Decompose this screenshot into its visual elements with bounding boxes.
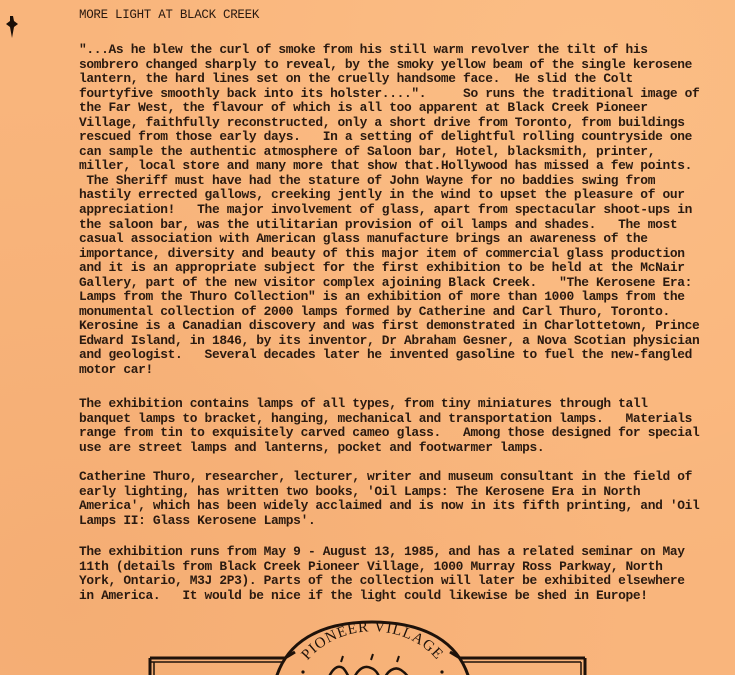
text-line: motor car! (79, 363, 699, 378)
text-line: "...As he blew the curl of smoke from hi… (79, 43, 699, 58)
text-line: in America. It would be nice if the ligh… (79, 589, 685, 604)
text-line: banquet lamps to bracket, hanging, mecha… (79, 412, 699, 427)
paragraph-intro: "...As he blew the curl of smoke from hi… (79, 43, 699, 378)
text-line: the Far West, the flavour of which is al… (79, 101, 699, 116)
text-line: The exhibition contains lamps of all typ… (79, 397, 699, 412)
text-line: Village, faithfully reconstructed, only … (79, 116, 699, 131)
text-line: the saloon bar, was the utilitarian prov… (79, 218, 699, 233)
text-line: appreciation! The major involvement of g… (79, 203, 699, 218)
text-line: early lighting, has written two books, '… (79, 485, 699, 500)
text-line: 11th (details from Black Creek Pioneer V… (79, 560, 685, 575)
text-line: and geologist. Several decades later he … (79, 348, 699, 363)
text-line: and it is an appropriate subject for the… (79, 261, 699, 276)
text-line: Kerosine is a Canadian discovery and was… (79, 319, 699, 334)
text-line: monumental collection of 2000 lamps form… (79, 305, 699, 320)
arrow-down-mark-icon (5, 15, 19, 39)
text-line: rescued from those early days. In a sett… (79, 130, 699, 145)
paragraph-exhibition-contents: The exhibition contains lamps of all typ… (79, 397, 699, 455)
text-line: Lamps II: Glass Kerosene Lamps'. (79, 514, 699, 529)
text-line: The exhibition runs from May 9 - August … (79, 545, 685, 560)
text-line: Catherine Thuro, researcher, lecturer, w… (79, 470, 699, 485)
document-page: MORE LIGHT AT BLACK CREEK "...As he blew… (0, 0, 735, 675)
text-line: York, Ontario, M3J 2P3). Parts of the co… (79, 574, 685, 589)
text-line: importance, diversity and beauty of this… (79, 247, 699, 262)
document-title: MORE LIGHT AT BLACK CREEK (79, 8, 259, 22)
text-line: Edward Island, in 1846, by its inventor,… (79, 334, 699, 349)
text-line: casual association with American glass m… (79, 232, 699, 247)
text-line: Lamps from the Thuro Collection" is an e… (79, 290, 699, 305)
text-line: hastily errected gallows, creeking jentl… (79, 188, 699, 203)
text-line: America', which has been widely acclaime… (79, 499, 699, 514)
text-line: fourtyfive smoothly back into its holste… (79, 87, 699, 102)
text-line: use are street lamps and lanterns, pocke… (79, 441, 699, 456)
text-line: can sample the authentic atmosphere of S… (79, 145, 699, 160)
text-line: range from tin to exquisitely carved cam… (79, 426, 699, 441)
text-line: miller, local store and many more that s… (79, 159, 699, 174)
text-line: lantern, the hard lines set on the cruel… (79, 72, 699, 87)
text-line: The Sheriff must have had the stature of… (79, 174, 699, 189)
text-line: sombrero changed sharply to reveal, by t… (79, 58, 699, 73)
text-line: Gallery, part of the new visitor complex… (79, 276, 699, 291)
paragraph-catherine-thuro: Catherine Thuro, researcher, lecturer, w… (79, 470, 699, 528)
paragraph-exhibition-dates: The exhibition runs from May 9 - August … (79, 545, 685, 603)
pioneer-village-emblem-icon: PIONEER VILLAGE (145, 612, 595, 675)
